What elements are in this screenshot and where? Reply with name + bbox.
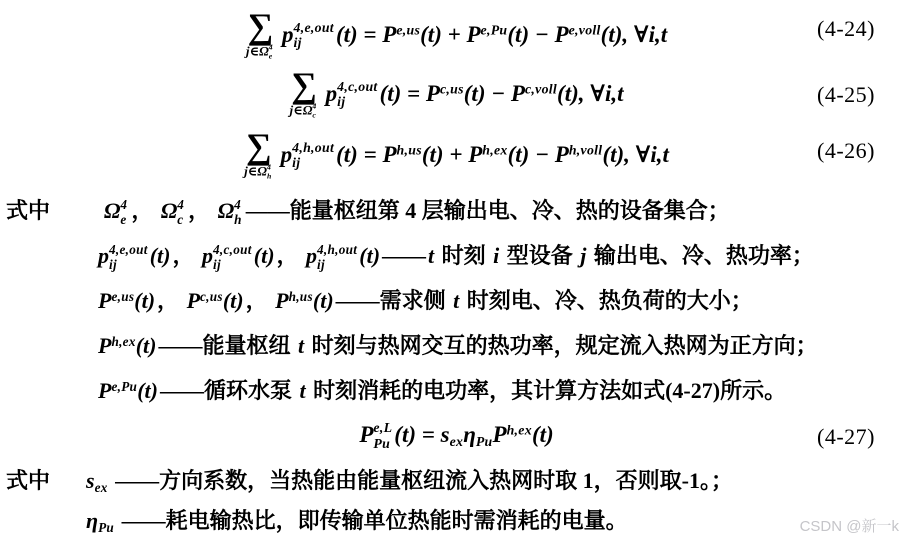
equation-number: (4-25): [817, 82, 875, 108]
definition-line: Ph,ex(t)——能量枢纽 t 时刻与热网交互的热功率，规定流入热网为正方向；: [0, 323, 913, 368]
shizhong-label: 式中: [6, 461, 84, 501]
equation-4-25: ∑ j∈Ω4c p4,c,outij(t) = Pc,us(t) − Pc,vo…: [0, 66, 913, 124]
equation-4-26-math: ∑ j∈Ω4h p4,h,outij(t) = Ph,us(t) + Ph,ex…: [244, 131, 669, 181]
summation-symbol: ∑ j∈Ω4c: [289, 70, 318, 120]
shizhong-label: 式中: [6, 188, 102, 233]
equation-body: p4,e,outij(t) = Pe,us(t) + Pe,Pu(t) − Pe…: [282, 21, 667, 52]
equation-4-24-math: ∑ j∈Ω4e p4,e,outij(t) = Pe,us(t) + Pe,Pu…: [246, 11, 667, 61]
sigma-glyph: ∑: [246, 131, 272, 162]
definition-text: Ph,ex(t)——能量枢纽 t 时刻与热网交互的热功率，规定流入热网为正方向；: [96, 323, 913, 368]
sigma-glyph: ∑: [291, 70, 317, 101]
equation-body: p4,h,outij(t) = Ph,us(t) + Ph,ex(t) − Ph…: [281, 141, 669, 172]
equation-number: (4-26): [817, 138, 875, 164]
definition-line: 式中 sex ——方向系数，当热能由能量枢纽流入热网时取 1，否则取-1。；: [0, 461, 913, 501]
summation-limit: j∈Ω4e: [246, 44, 275, 61]
definition-text: ηPu ——耗电输热比，即传输单位热能时需消耗的电量。: [84, 501, 913, 541]
definition-line: p4,e,outij(t)， p4,c,outij(t)， p4,h,outij…: [0, 233, 913, 278]
sigma-glyph: ∑: [248, 11, 274, 42]
equation-body: Pe,LPu(t) = sexηPuPh,ex(t): [359, 422, 553, 452]
equation-number: (4-24): [817, 16, 875, 42]
definition-text: Pe,Pu(t)——循环水泵 t 时刻消耗的电功率，其计算方法如式(4-27)所…: [96, 368, 913, 413]
equation-4-24: ∑ j∈Ω4e p4,e,outij(t) = Pe,us(t) + Pe,Pu…: [0, 6, 913, 66]
definition-line: Pe,us(t)， Pc,us(t)， Ph,us(t)——需求侧 t 时刻电、…: [0, 278, 913, 323]
summation-limit: j∈Ω4c: [289, 103, 318, 120]
summation-symbol: ∑ j∈Ω4e: [246, 11, 275, 61]
summation-symbol: ∑ j∈Ω4h: [244, 131, 274, 181]
equation-body: p4,c,outij(t) = Pc,us(t) − Pc,voll(t), ∀…: [326, 80, 624, 111]
summation-limit: j∈Ω4h: [244, 164, 274, 181]
definition-line: ηPu ——耗电输热比，即传输单位热能时需消耗的电量。: [0, 501, 913, 541]
definition-text: p4,e,outij(t)， p4,c,outij(t)， p4,h,outij…: [96, 233, 913, 278]
equation-4-27-math: Pe,LPu(t) = sexηPuPh,ex(t): [359, 422, 553, 452]
csdn-watermark: CSDN @新一k: [800, 515, 899, 536]
definition-text: sex ——方向系数，当热能由能量枢纽流入热网时取 1，否则取-1。；: [84, 461, 913, 501]
definition-block-1: 式中 Ω4e， Ω4c， Ω4h——能量枢纽第 4 层输出电、冷、热的设备集合；…: [0, 188, 913, 413]
definition-block-2: 式中 sex ——方向系数，当热能由能量枢纽流入热网时取 1，否则取-1。； η…: [0, 461, 913, 541]
definition-text: Ω4e， Ω4c， Ω4h——能量枢纽第 4 层输出电、冷、热的设备集合；: [102, 188, 913, 233]
definition-text: Pe,us(t)， Pc,us(t)， Ph,us(t)——需求侧 t 时刻电、…: [96, 278, 913, 323]
equation-4-26: ∑ j∈Ω4h p4,h,outij(t) = Ph,us(t) + Ph,ex…: [0, 124, 913, 188]
definition-line: 式中 Ω4e， Ω4c， Ω4h——能量枢纽第 4 层输出电、冷、热的设备集合；: [0, 188, 913, 233]
definition-line: Pe,Pu(t)——循环水泵 t 时刻消耗的电功率，其计算方法如式(4-27)所…: [0, 368, 913, 413]
equation-4-27: Pe,LPu(t) = sexηPuPh,ex(t) (4-27): [0, 413, 913, 461]
equation-4-25-math: ∑ j∈Ω4c p4,c,outij(t) = Pc,us(t) − Pc,vo…: [289, 70, 623, 120]
equation-number: (4-27): [817, 424, 875, 450]
document-page: ∑ j∈Ω4e p4,e,outij(t) = Pe,us(t) + Pe,Pu…: [0, 0, 913, 544]
